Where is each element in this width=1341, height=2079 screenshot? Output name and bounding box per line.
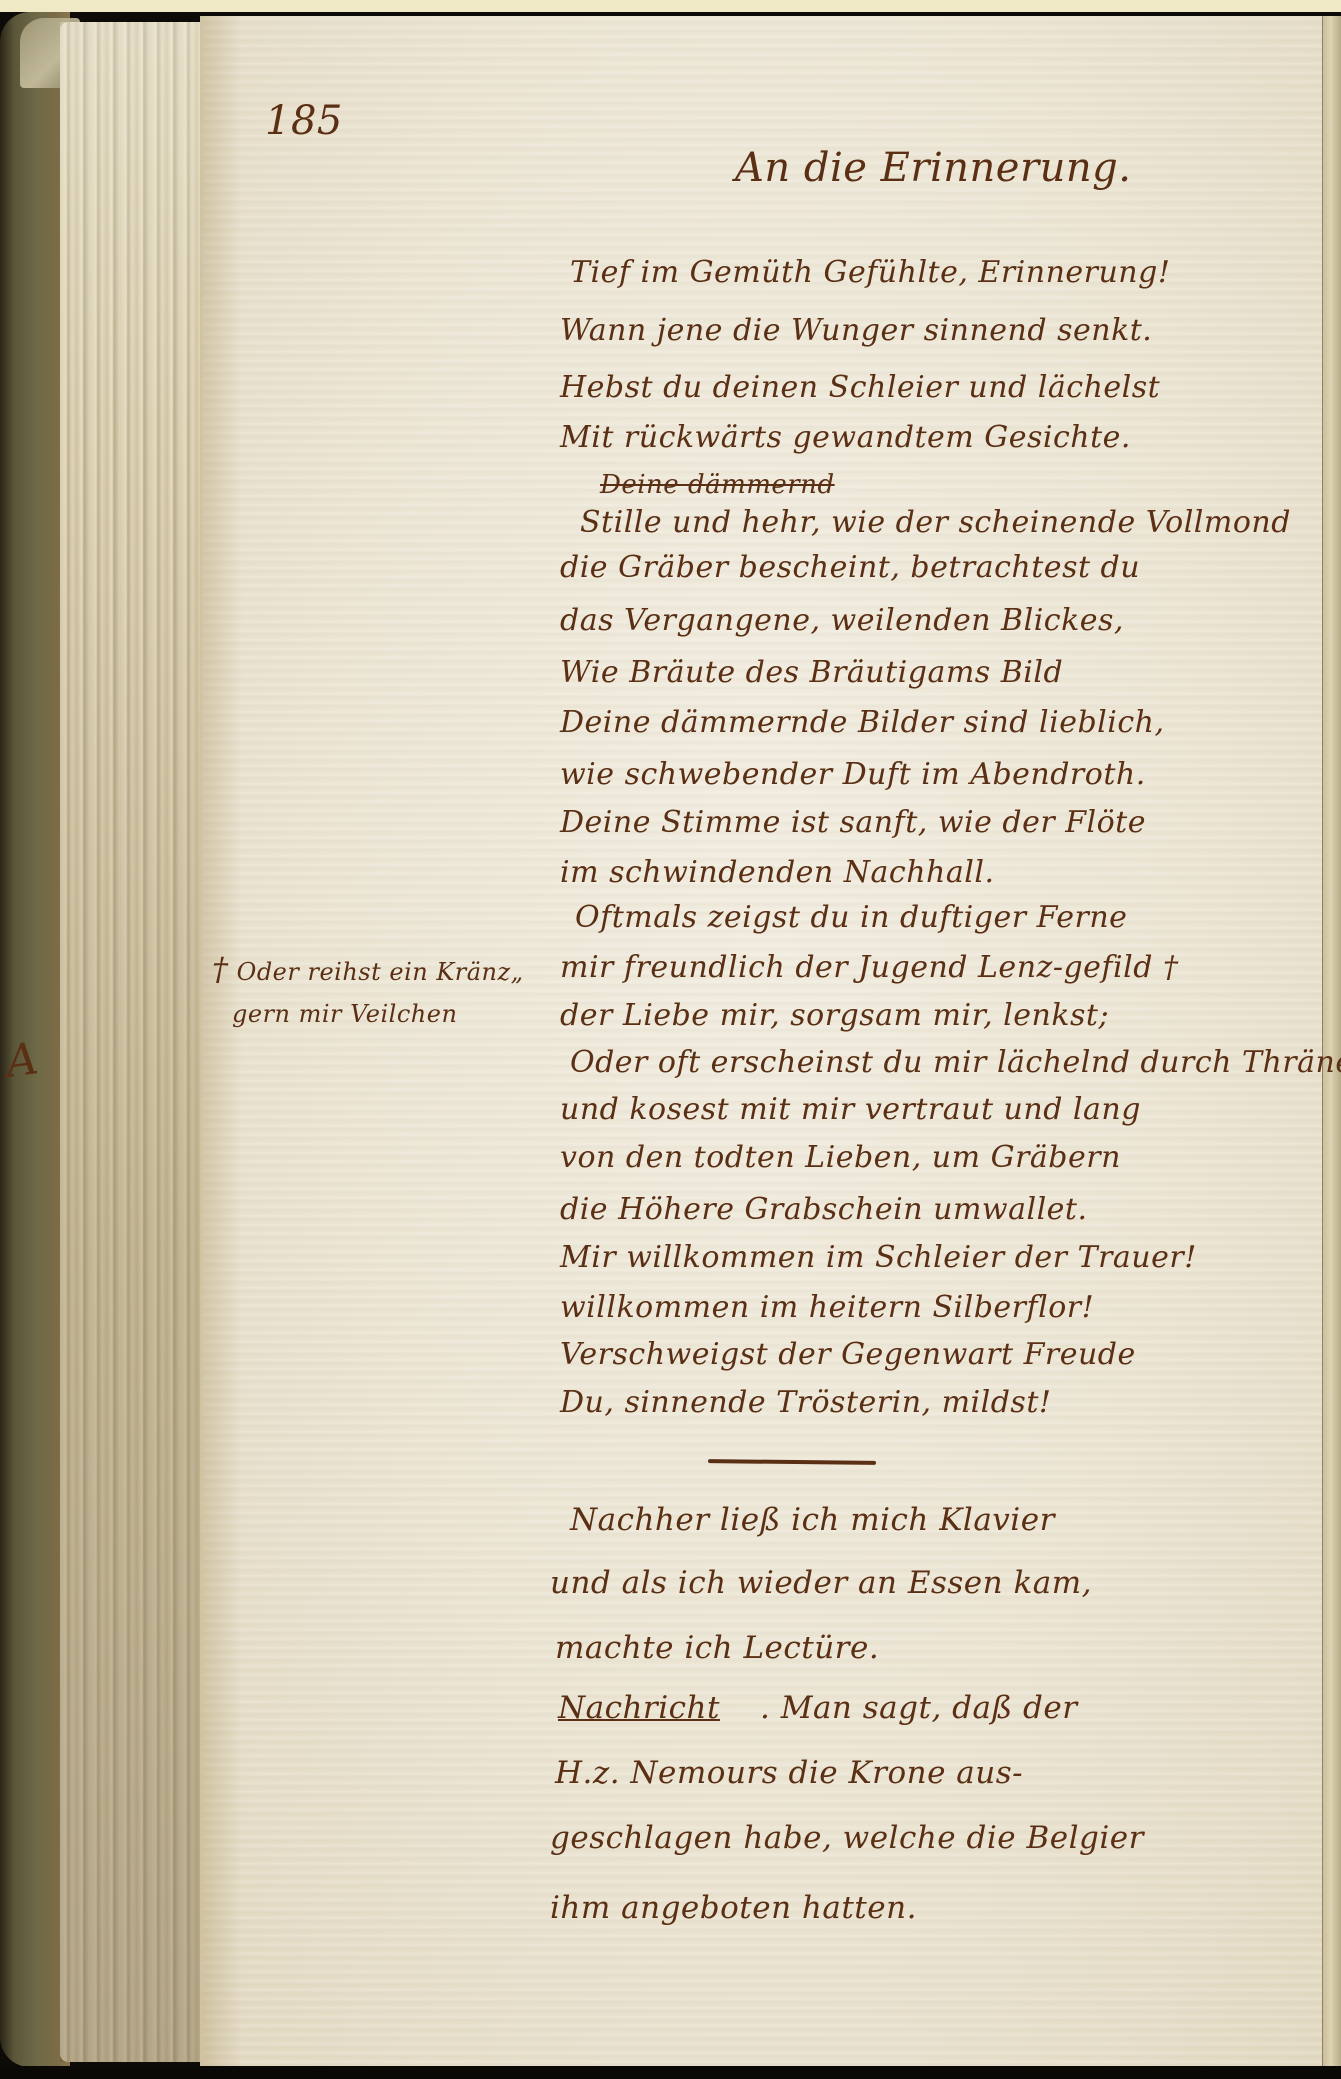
poem-line: Deine Stimme ist sanft, wie der Flöte (560, 805, 1146, 840)
margin-note-line: gern mir Veilchen (232, 1000, 457, 1028)
poem-line: der Liebe mir, sorgsam mir, lenkst; (560, 998, 1109, 1033)
underlined-heading: Nachricht (558, 1690, 720, 1726)
page-number: 185 (265, 98, 343, 144)
poem-line: Hebst du deinen Schleier und lächelst (560, 370, 1160, 405)
poem-line: wie schwebender Duft im Abendroth. (560, 757, 1146, 792)
poem-line: Wie Bräute des Bräutigams Bild (560, 655, 1063, 690)
margin-note-text: Oder reihst ein Kränz„ (237, 958, 524, 986)
poem-line: das Vergangene, weilenden Blickes, (560, 603, 1124, 638)
dagger-marker: † (212, 950, 229, 988)
poem-line: Tief im Gemüth Gefühlte, Erinnerung! (570, 255, 1170, 290)
prose-line: . Man sagt, daß der (760, 1690, 1078, 1726)
struck-out-text: Deine dämmernd (600, 470, 835, 500)
facing-page-edge (1322, 16, 1341, 2066)
poem-line: Oftmals zeigst du in duftiger Ferne (575, 900, 1127, 935)
poem-line: Stille und hehr, wie der scheinende Voll… (580, 505, 1291, 540)
poem-line: Wann jene die Wunger sinnend senkt. (560, 313, 1152, 348)
prose-line: ihm angeboten hatten. (550, 1890, 917, 1926)
prose-line: H.z. Nemours die Krone aus- (555, 1755, 1023, 1791)
page-stack-edges (60, 22, 210, 2062)
prose-line: und als ich wieder an Essen kam, (550, 1565, 1092, 1601)
scan-bottom-background (0, 2066, 1341, 2079)
poem-line: Du, sinnende Trösterin, mildst! (560, 1385, 1051, 1420)
spine-mark: A (3, 1033, 42, 1088)
poem-line: Oder oft erscheinst du mir lächelnd durc… (570, 1045, 1341, 1080)
poem-line: Deine dämmernde Bilder sind lieblich, (560, 705, 1165, 740)
page-title: An die Erinnerung. (735, 145, 1131, 191)
scan-top-strip (0, 0, 1341, 12)
margin-note-line: † Oder reihst ein Kränz„ (212, 950, 524, 988)
poem-line: die Gräber bescheint, betrachtest du (560, 550, 1140, 585)
prose-line: Nachricht (558, 1690, 720, 1726)
poem-line: willkommen im heitern Silberflor! (560, 1290, 1094, 1325)
poem-line: mir freundlich der Jugend Lenz-gefild † (560, 950, 1178, 985)
prose-line: geschlagen habe, welche die Belgier (550, 1820, 1144, 1856)
poem-line: im schwindenden Nachhall. (560, 855, 994, 890)
poem-line: Verschweigst der Gegenwart Freude (560, 1337, 1136, 1372)
poem-line: die Höhere Grabschein umwallet. (560, 1192, 1088, 1227)
prose-line: machte ich Lectüre. (555, 1630, 879, 1666)
poem-line: von den todten Lieben, um Gräbern (560, 1140, 1121, 1175)
poem-line: Mir willkommen im Schleier der Trauer! (560, 1240, 1197, 1275)
prose-line: Nachher ließ ich mich Klavier (570, 1502, 1055, 1538)
poem-line: und kosest mit mir vertraut und lang (560, 1092, 1141, 1127)
poem-line: Mit rückwärts gewandtem Gesichte. (560, 420, 1131, 455)
